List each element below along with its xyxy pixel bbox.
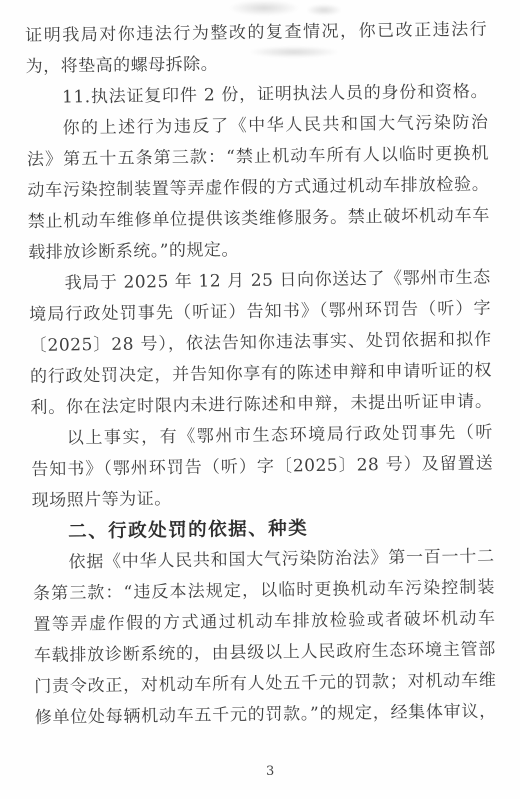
scan-smudge — [306, 4, 342, 16]
text-line: 禁止机动车维修单位提供该类维修服务。禁止破坏机动车车 — [28, 201, 490, 238]
page-number: 3 — [266, 764, 274, 779]
text-line: 证明我局对你违法行为整改的复查情况，你已改正违法行 — [25, 15, 487, 52]
text-line: 告知书》（鄂州环罚告（听）字〔2025〕28 号）及留置送达 — [31, 449, 493, 486]
document-page: 证明我局对你违法行为整改的复查情况，你已改正违法行为，将垫高的螺母拆除。11.执… — [0, 0, 520, 799]
text-line: 修单位处每辆机动车五千元的罚款。”的规定，经集体审议， — [35, 697, 497, 734]
document-body: 证明我局对你违法行为整改的复查情况，你已改正违法行为，将垫高的螺母拆除。11.执… — [25, 15, 497, 734]
scan-smudge — [228, 0, 300, 16]
